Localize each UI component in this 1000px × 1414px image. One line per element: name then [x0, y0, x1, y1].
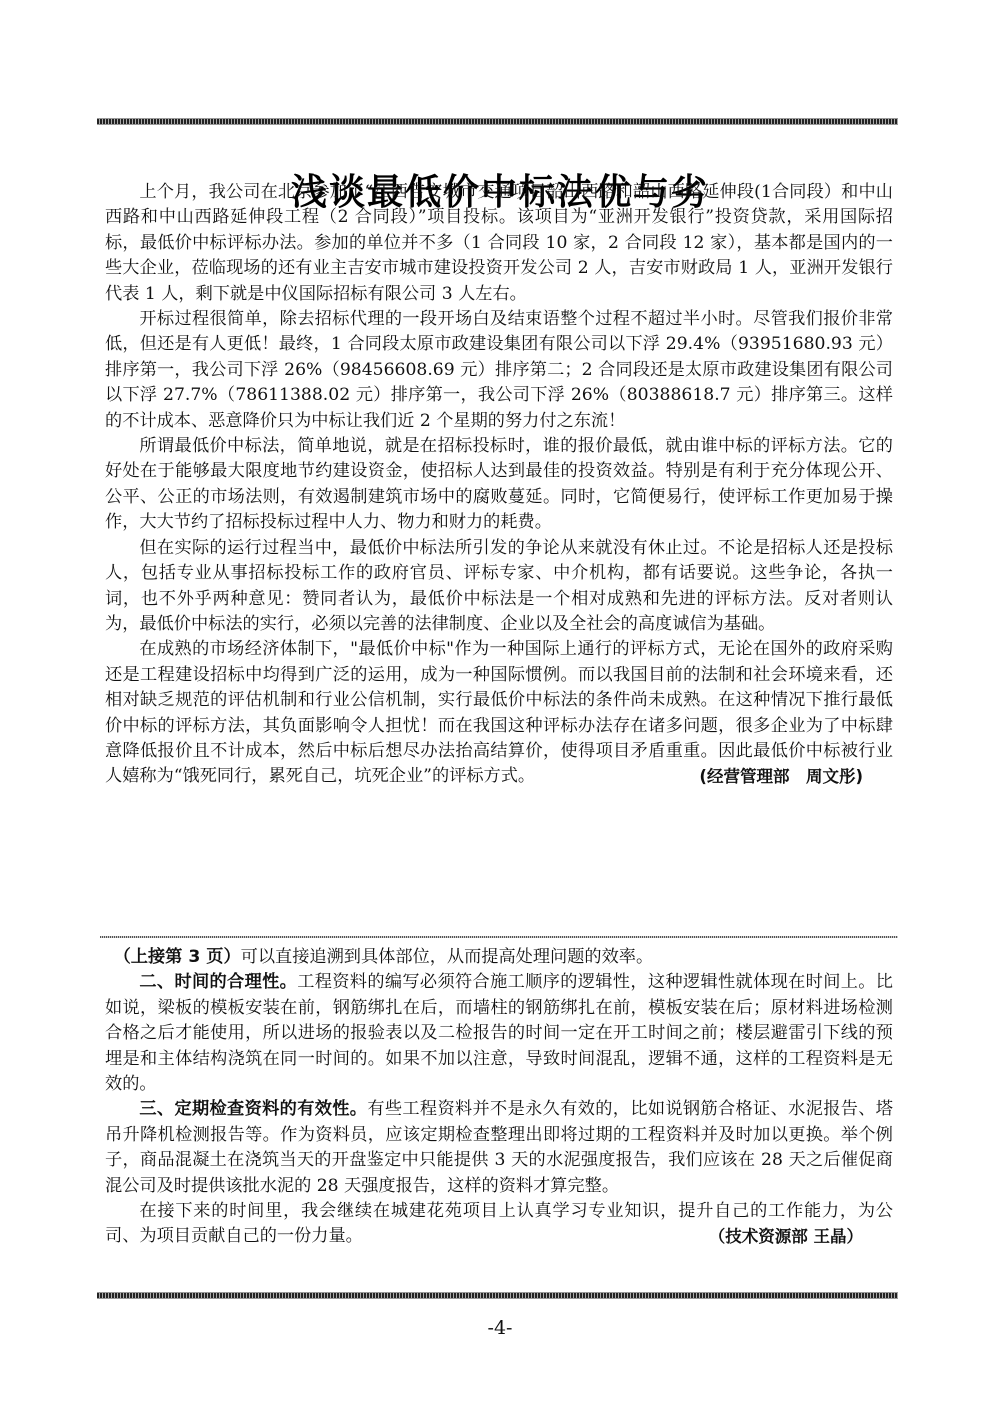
- article-continued: （上接第 3 页）可以直接追溯到具体部位，从而提高处理问题的效率。 二、时间的合…: [105, 945, 893, 1250]
- continued-label: （上接第 3 页）: [114, 947, 241, 967]
- page-number: -4-: [0, 1317, 1000, 1339]
- paragraph-text: 在成熟的市场经济体制下，"最低价中标"作为一种国际上通行的评标方式，无论在国外的…: [105, 639, 893, 786]
- section-heading: 二、时间的合理性。: [139, 972, 297, 992]
- section-divider: [100, 936, 898, 938]
- paragraph: （上接第 3 页）可以直接追溯到具体部位，从而提高处理问题的效率。: [105, 945, 893, 970]
- paragraph: 上个月，我公司在北京参加了“江西吉安城市交通项目韶山西路和韶山西路延伸段(1合同…: [105, 180, 893, 307]
- section-heading: 三、定期检查资料的有效性。: [139, 1099, 367, 1119]
- paragraph: 二、时间的合理性。工程资料的编写必须符合施工顺序的逻辑性，这种逻辑性就体现在时间…: [105, 970, 893, 1097]
- paragraph: 所谓最低价中标法，简单地说，就是在招标投标时，谁的报价最低，就由谁中标的评标方法…: [105, 434, 893, 536]
- paragraph-text: 可以直接追溯到具体部位，从而提高处理问题的效率。: [241, 947, 654, 967]
- top-rule: [97, 118, 898, 125]
- paragraph: 在成熟的市场经济体制下，"最低价中标"作为一种国际上通行的评标方式，无论在国外的…: [105, 637, 893, 789]
- paragraph: 但在实际的运行过程当中，最低价中标法所引发的争论从来就没有休止过。不论是招标人还…: [105, 536, 893, 638]
- article-lowest-bid: 上个月，我公司在北京参加了“江西吉安城市交通项目韶山西路和韶山西路延伸段(1合同…: [105, 180, 893, 790]
- paragraph: 在接下来的时间里，我会继续在城建花苑项目上认真学习专业知识，提升自己的工作能力，…: [105, 1199, 893, 1250]
- author-byline: (经营管理部 周文彤): [665, 764, 863, 789]
- author-byline: （技术资源部 王晶）: [674, 1224, 863, 1249]
- paragraph: 三、定期检查资料的有效性。有些工程资料并不是永久有效的，比如说钢筋合格证、水泥报…: [105, 1097, 893, 1199]
- bottom-rule: [97, 1292, 898, 1299]
- paragraph: 开标过程很简单，除去招标代理的一段开场白及结束语整个过程不超过半小时。尽管我们报…: [105, 307, 893, 434]
